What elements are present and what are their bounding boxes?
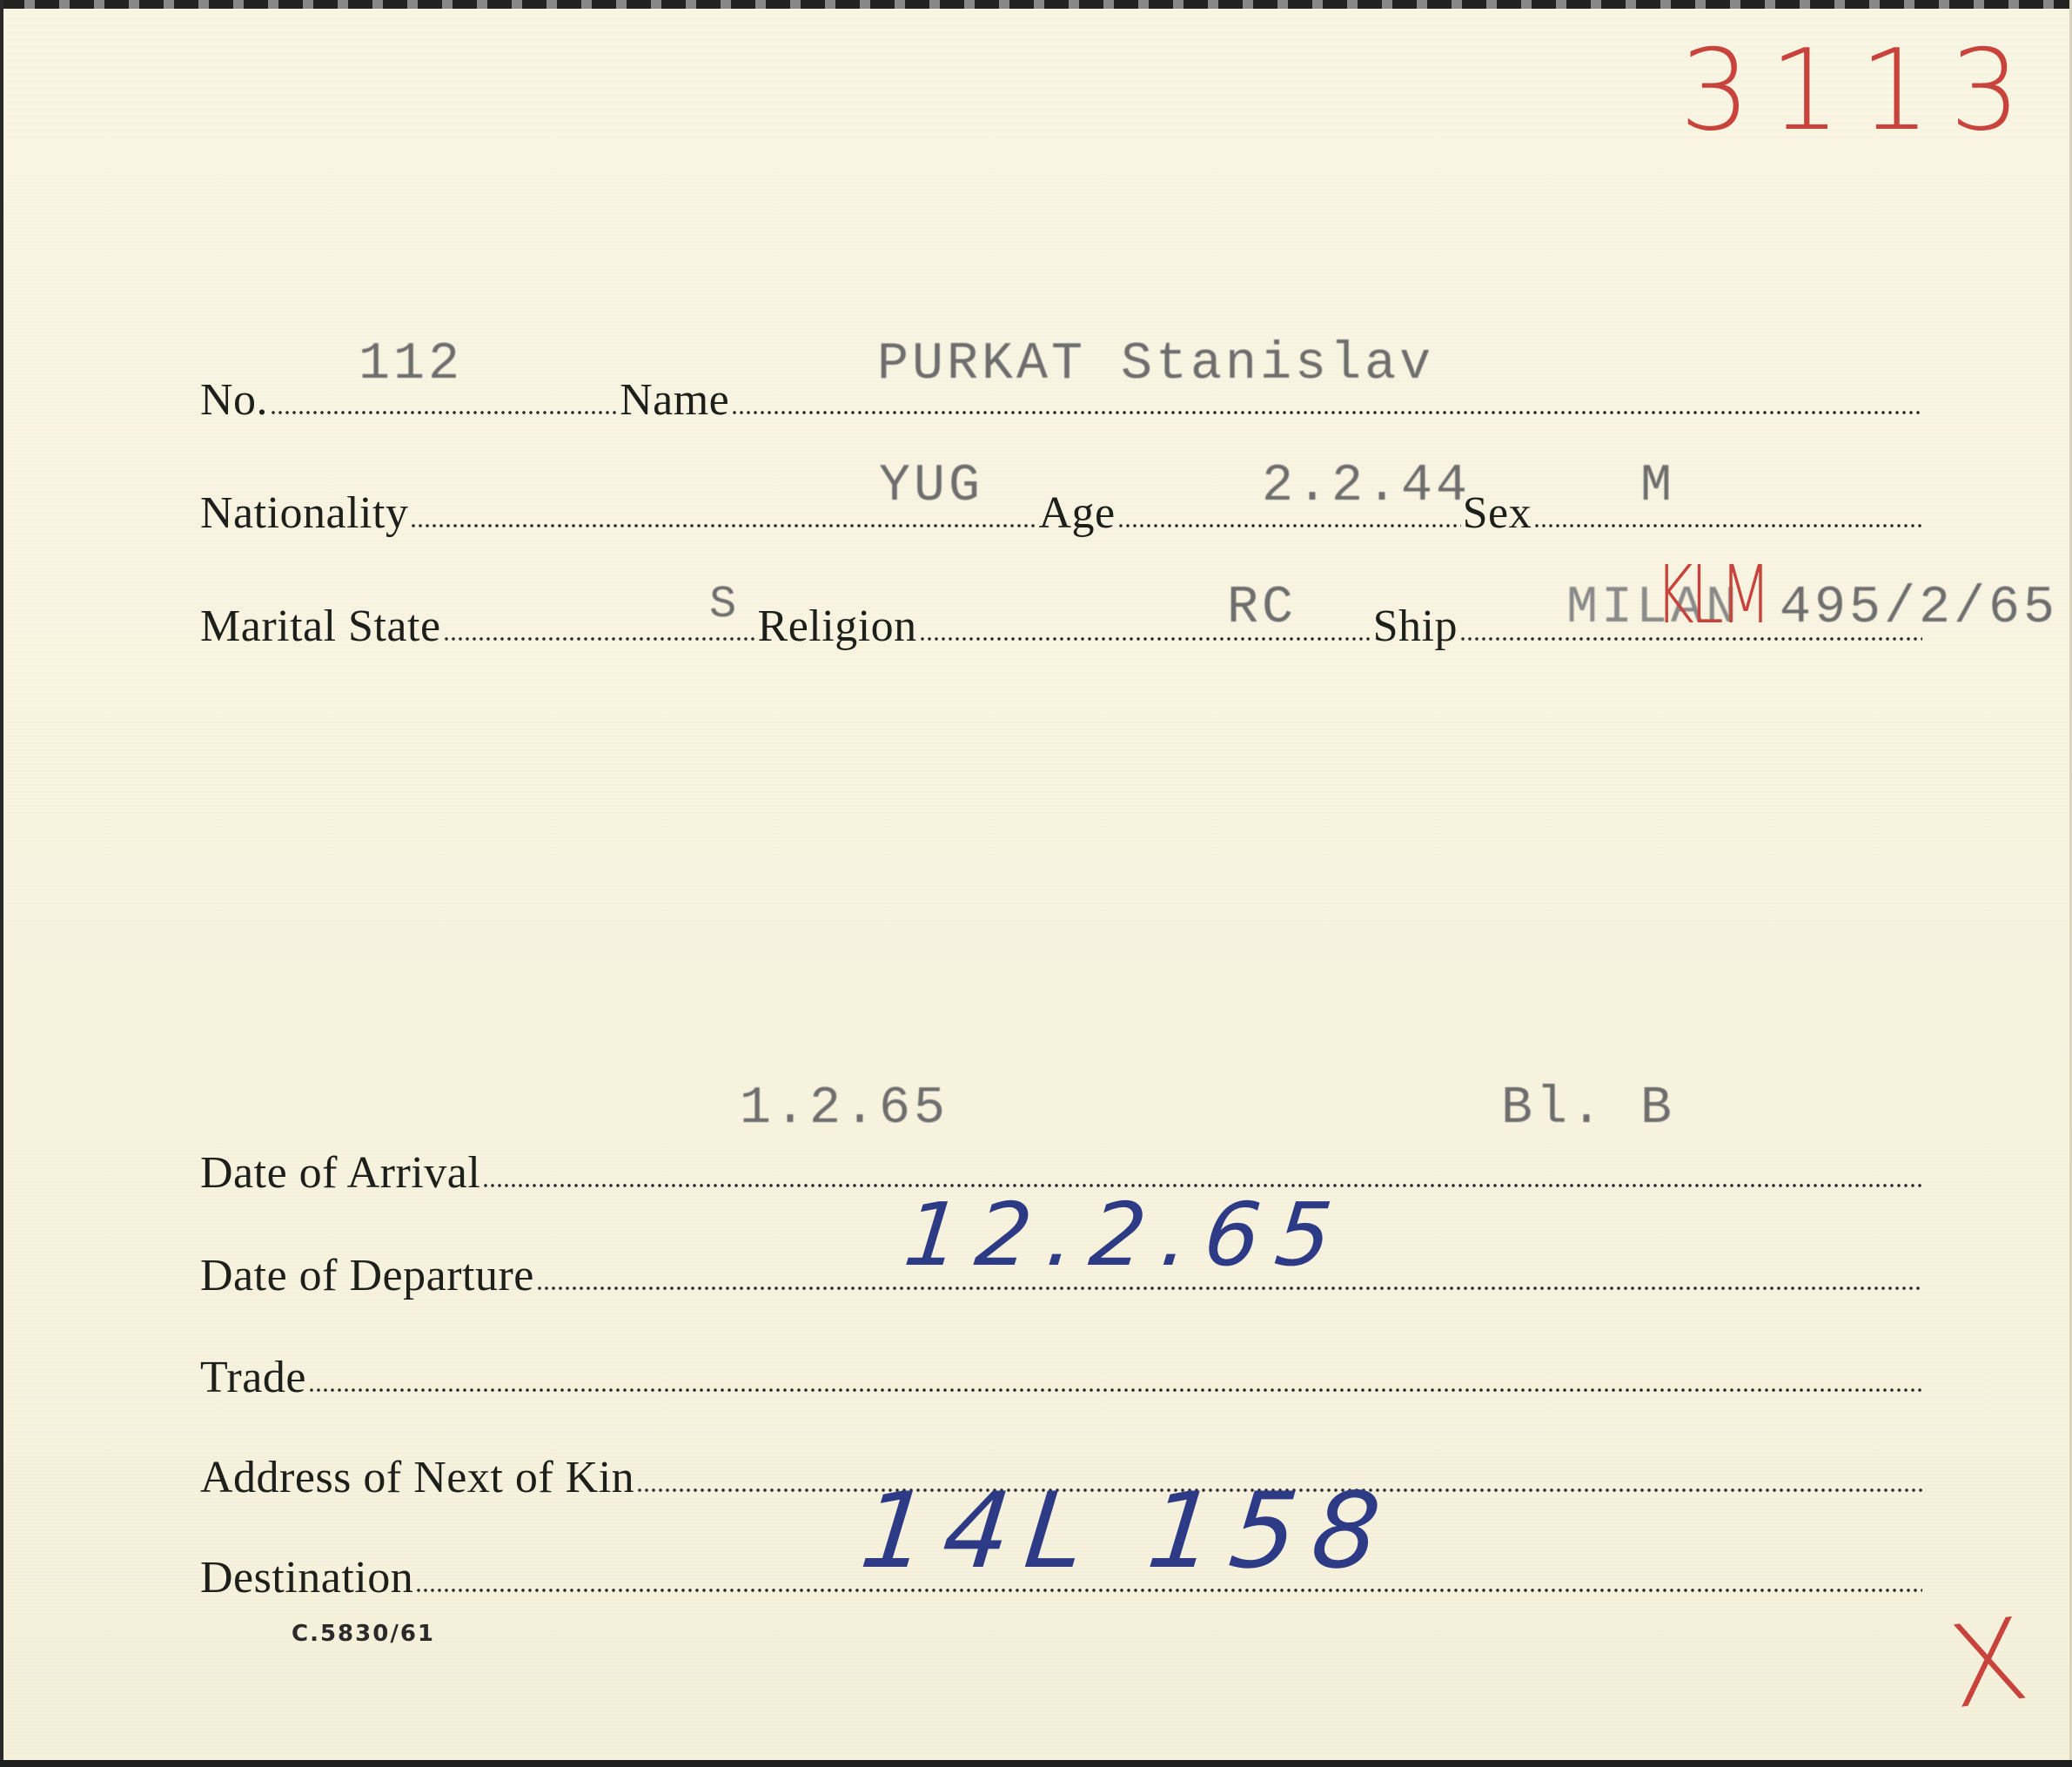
religion-value: RC [1227, 579, 1297, 638]
destination-label: Destination [200, 1552, 413, 1603]
nationality-label: Nationality [200, 487, 408, 539]
age-value: 2.2.44 [1262, 457, 1471, 516]
religion-label: Religion [758, 601, 917, 652]
card-left-edge [0, 0, 3, 1767]
date-of-departure-label: Date of Departure [200, 1250, 534, 1301]
sex-value: M [1640, 457, 1675, 516]
age-label: Age [1038, 487, 1115, 539]
date-of-arrival-value: 1.2.65 [740, 1079, 949, 1139]
name-value: PURKAT Stanislav [877, 335, 1434, 394]
nationality-value: YUG [879, 457, 983, 516]
ship-label: Ship [1373, 601, 1458, 652]
name-label: Name [620, 374, 729, 426]
address-next-of-kin-label: Address of Next of Kin [200, 1452, 634, 1503]
record-card: 3113 No. Name 112 PURKAT Stanislav Natio… [0, 0, 2072, 1767]
date-of-arrival-label: Date of Arrival [200, 1147, 480, 1199]
red-x-mark: X [1941, 1593, 2035, 1735]
marital-state-dotted-line [443, 636, 756, 642]
marital-state-value: S [709, 579, 740, 630]
ship-red-overwrite: KLM [1655, 548, 1768, 642]
no-value: 112 [359, 335, 463, 394]
sex-label: Sex [1463, 487, 1532, 539]
no-label: No. [200, 374, 268, 426]
age-dotted-line [1117, 523, 1461, 528]
date-of-departure-dotted-line [536, 1286, 1922, 1291]
sex-dotted-line [1533, 523, 1922, 528]
red-reference-number: 3113 [1680, 26, 2040, 156]
arrival-annotation: Bl. B [1501, 1079, 1675, 1139]
trade-label: Trade [200, 1352, 306, 1403]
destination-handwritten: 14L 158 [855, 1471, 1401, 1592]
date-of-departure-handwritten: 12.2.65 [900, 1184, 1352, 1286]
card-top-edge [0, 0, 2072, 9]
card-bottom-edge [0, 1760, 2072, 1767]
no-dotted-line [270, 410, 618, 415]
nationality-dotted-line [410, 523, 1036, 528]
ship-reference-value: 495/2/65 [1780, 579, 2058, 638]
religion-dotted-line [919, 636, 1371, 642]
marital-state-label: Marital State [200, 601, 441, 652]
form-code: C.5830/61 [292, 1621, 435, 1647]
row-trade: Trade [200, 1352, 1924, 1403]
trade-dotted-line [308, 1387, 1922, 1393]
name-dotted-line [731, 410, 1922, 415]
